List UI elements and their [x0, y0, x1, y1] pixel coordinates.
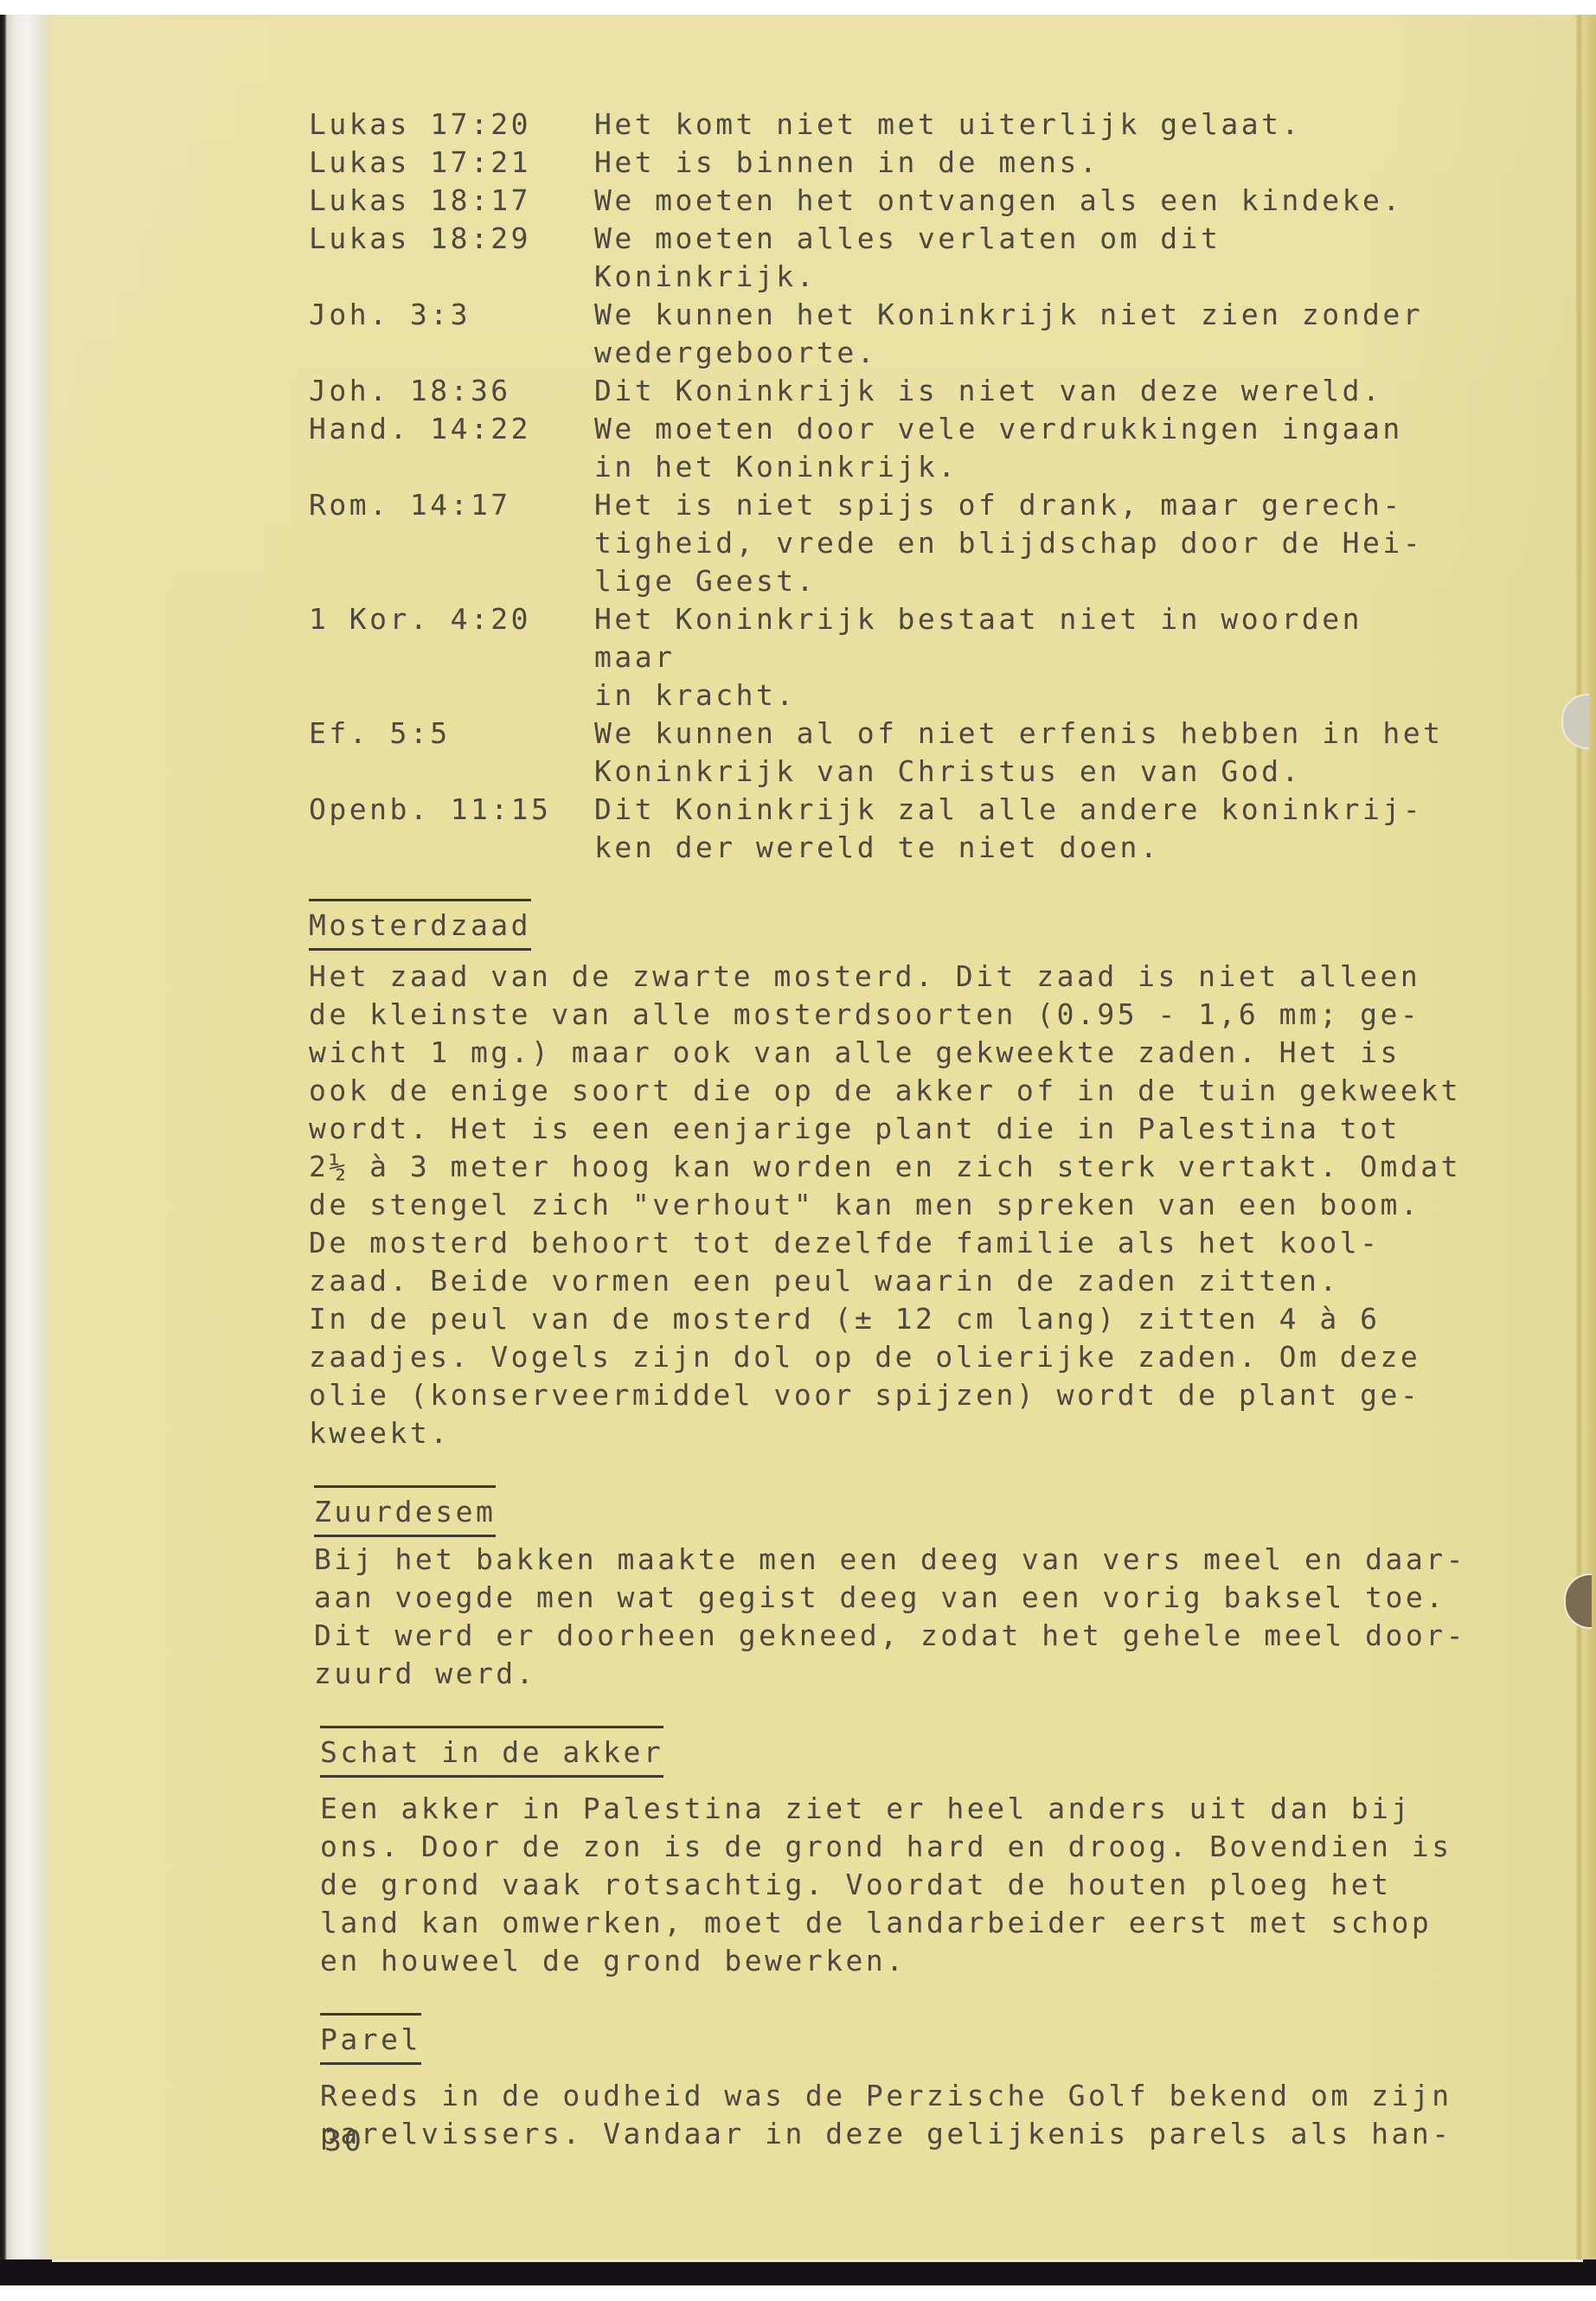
scripture-summary: Dit Koninkrijk is niet van deze wereld. [594, 372, 1459, 410]
scripture-reference: 1 Kor. 4:20 [309, 600, 594, 715]
text-line: kweekt. [309, 1414, 1459, 1452]
scripture-reference: Rom. 14:17 [309, 486, 594, 600]
glossary-sections: MosterdzaadHet zaad van de zwarte moster… [309, 899, 1459, 2153]
section-schat-in-de-akker: Schat in de akkerEen akker in Palestina … [309, 1726, 1459, 1980]
text-line: zuurd werd. [314, 1655, 1459, 1693]
text-line: Reeds in de oudheid was de Perzische Gol… [320, 2077, 1459, 2115]
scripture-reference: Joh. 3:3 [309, 296, 594, 372]
scripture-summary: Dit Koninkrijk zal alle andere koninkrij… [594, 791, 1459, 867]
page-number: 30 [324, 2124, 364, 2157]
book-binding-edge [0, 15, 52, 2259]
section-heading-box: Mosterdzaad [309, 899, 531, 951]
section-body: Het zaad van de zwarte mosterd. Dit zaad… [309, 958, 1459, 1452]
section-heading: Mosterdzaad [309, 907, 531, 944]
scripture-reference: Lukas 17:21 [309, 144, 594, 182]
scripture-summary: Het is binnen in de mens. [594, 144, 1459, 182]
text-line: aan voegde men wat gegist deeg van een v… [314, 1579, 1459, 1617]
scripture-summary: Het Koninkrijk bestaat niet in woorden m… [594, 600, 1459, 715]
text-line: We moeten alles verlaten om dit Koninkri… [594, 220, 1459, 296]
text-line: ken der wereld te niet doen. [594, 829, 1459, 867]
text-line: In de peul van de mosterd (± 12 cm lang)… [309, 1300, 1459, 1338]
text-line: lige Geest. [594, 562, 1459, 600]
text-line: Het Koninkrijk bestaat niet in woorden m… [594, 600, 1459, 676]
scripture-reference: Lukas 18:17 [309, 182, 594, 220]
section-heading-box: Schat in de akker [320, 1726, 663, 1778]
text-line: Het is binnen in de mens. [594, 144, 1459, 182]
page-content: Lukas 17:20Het komt niet met uiterlijk g… [309, 106, 1459, 2153]
scripture-summary: We kunnen het Koninkrijk niet zien zonde… [594, 296, 1459, 372]
section-heading: Schat in de akker [320, 1734, 663, 1771]
text-line: land kan omwerken, moet de landarbeider … [320, 1904, 1459, 1942]
text-line: tigheid, vrede en blijdschap door de Hei… [594, 524, 1459, 562]
section-body: Reeds in de oudheid was de Perzische Gol… [320, 2077, 1459, 2153]
section-heading-box: Zuurdesem [314, 1485, 496, 1537]
section-body: Een akker in Palestina ziet er heel ande… [320, 1790, 1459, 1980]
text-line: zaad. Beide vormen een peul waarin de za… [309, 1262, 1459, 1300]
text-line: en houweel de grond bewerken. [320, 1942, 1459, 1980]
text-line: De mosterd behoort tot dezelfde familie … [309, 1224, 1459, 1262]
scripture-summary: Het komt niet met uiterlijk gelaat. [594, 106, 1459, 144]
text-line: We kunnen het Koninkrijk niet zien zonde… [594, 296, 1459, 334]
scripture-reference: Lukas 17:20 [309, 106, 594, 144]
section-heading: Zuurdesem [314, 1494, 496, 1530]
text-line: Koninkrijk van Christus en van God. [594, 753, 1459, 791]
text-line: zaadjes. Vogels zijn dol op de olierijke… [309, 1338, 1459, 1376]
scripture-reference: Ef. 5:5 [309, 715, 594, 791]
scripture-reference: Joh. 18:36 [309, 372, 594, 410]
text-line: in het Koninkrijk. [594, 448, 1459, 486]
page-right-edge [1576, 15, 1596, 2259]
text-line: Het komt niet met uiterlijk gelaat. [594, 106, 1459, 144]
scripture-reference: Openb. 11:15 [309, 791, 594, 867]
scripture-summary: We moeten door vele verdrukkingen ingaan… [594, 410, 1459, 486]
scripture-reference-list: Lukas 17:20Het komt niet met uiterlijk g… [309, 106, 1459, 867]
section-heading: Parel [320, 2022, 421, 2058]
text-line: 2½ à 3 meter hoog kan worden en zich ste… [309, 1148, 1459, 1186]
section-mosterdzaad: MosterdzaadHet zaad van de zwarte moster… [309, 899, 1459, 1452]
text-line: de grond vaak rotsachtig. Voordat de hou… [320, 1866, 1459, 1904]
text-line: Het is niet spijs of drank, maar gerech- [594, 486, 1459, 524]
text-line: parelvissers. Vandaar in deze gelijkenis… [320, 2115, 1459, 2153]
section-zuurdesem: ZuurdesemBij het bakken maakte men een d… [309, 1485, 1459, 1693]
text-line: Dit Koninkrijk zal alle andere koninkrij… [594, 791, 1459, 829]
scripture-summary: Het is niet spijs of drank, maar gerech-… [594, 486, 1459, 600]
scripture-reference: Lukas 18:29 [309, 220, 594, 296]
text-line: in kracht. [594, 676, 1459, 715]
text-line: Bij het bakken maakte men een deeg van v… [314, 1541, 1459, 1579]
section-body: Bij het bakken maakte men een deeg van v… [314, 1541, 1459, 1693]
text-line: de kleinste van alle mosterdsoorten (0.9… [309, 996, 1459, 1034]
text-line: wicht 1 mg.) maar ook van alle gekweekte… [309, 1034, 1459, 1072]
text-line: Dit werd er doorheen gekneed, zodat het … [314, 1617, 1459, 1655]
text-line: de stengel zich "verhout" kan men spreke… [309, 1186, 1459, 1224]
scripture-summary: We moeten alles verlaten om dit Koninkri… [594, 220, 1459, 296]
scripture-summary: We kunnen al of niet erfenis hebben in h… [594, 715, 1459, 791]
text-line: We moeten het ontvangen als een kindeke. [594, 182, 1459, 220]
text-line: We kunnen al of niet erfenis hebben in h… [594, 715, 1459, 753]
section-parel: ParelReeds in de oudheid was de Perzisch… [309, 2013, 1459, 2153]
section-heading-box: Parel [320, 2013, 421, 2065]
text-line: ook de enige soort die op de akker of in… [309, 1072, 1459, 1110]
text-line: Het zaad van de zwarte mosterd. Dit zaad… [309, 958, 1459, 996]
text-line: Dit Koninkrijk is niet van deze wereld. [594, 372, 1459, 410]
text-line: olie (konserveermiddel voor spijzen) wor… [309, 1376, 1459, 1414]
text-line: wedergeboorte. [594, 334, 1459, 372]
text-line: ons. Door de zon is de grond hard en dro… [320, 1828, 1459, 1866]
text-line: We moeten door vele verdrukkingen ingaan [594, 410, 1459, 448]
scripture-summary: We moeten het ontvangen als een kindeke. [594, 182, 1459, 220]
scripture-reference: Hand. 14:22 [309, 410, 594, 486]
text-line: wordt. Het is een eenjarige plant die in… [309, 1110, 1459, 1148]
text-line: Een akker in Palestina ziet er heel ande… [320, 1790, 1459, 1828]
